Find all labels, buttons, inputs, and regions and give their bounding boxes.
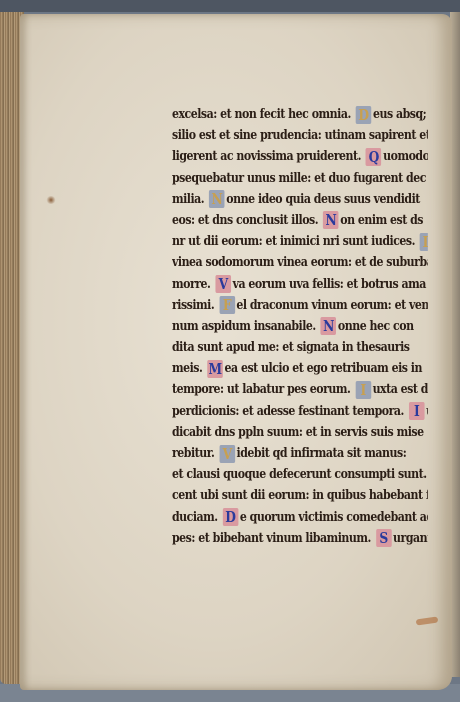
line-text: meis. bbox=[172, 360, 206, 376]
text-line: perdicionis: et adesse festinant tempora… bbox=[172, 401, 428, 422]
line-text: idebit qd infirmata sit manus: bbox=[237, 445, 407, 461]
text-line: et clausi quoque defecerunt consumpti su… bbox=[172, 464, 428, 485]
line-text: rebitur. bbox=[172, 445, 218, 461]
line-text: nr ut dii eorum: et inimici nri sunt iud… bbox=[172, 233, 418, 249]
text-line: cent ubi sunt dii eorum: in quibus habeb… bbox=[172, 485, 428, 506]
line-text: ligerent ac novissima pruiderent. bbox=[172, 148, 364, 164]
illuminated-initial: S bbox=[376, 529, 392, 547]
line-text: e quorum victimis comedebant adi bbox=[240, 509, 428, 525]
text-line: duciam. De quorum victimis comedebant ad… bbox=[172, 507, 428, 528]
line-text: pes: et bibebant vinum libaminum. bbox=[172, 530, 374, 546]
line-text: uxta est dies bbox=[373, 381, 428, 397]
line-text: dicabit dns ppln suum: et in servis suis… bbox=[172, 424, 424, 440]
illuminated-initial: N bbox=[321, 317, 337, 335]
illuminated-initial: M bbox=[207, 360, 223, 378]
text-line: rissimi. Fel draconum vinum eorum: et ve… bbox=[172, 295, 428, 316]
line-text: et clausi quoque defecerunt consumpti su… bbox=[172, 466, 428, 482]
text-line: num aspidum insanabile. Nonne hec con bbox=[172, 316, 428, 337]
text-line: rebitur. Videbit qd infirmata sit manus: bbox=[172, 443, 428, 464]
line-text: eus absq; con bbox=[373, 106, 428, 122]
illuminated-initial: V bbox=[215, 275, 231, 293]
illuminated-initial: N bbox=[209, 190, 225, 208]
line-text: morre. bbox=[172, 276, 214, 292]
line-text: num aspidum insanabile. bbox=[172, 318, 319, 334]
line-text: tempore: ut labatur pes eorum. bbox=[172, 381, 354, 397]
line-text: urgant bbox=[393, 530, 428, 546]
line-text: eos: et dns conclusit illos. bbox=[172, 212, 321, 228]
text-line: dita sunt apud me: et signata in thesaur… bbox=[172, 337, 428, 358]
illuminated-initial: Q bbox=[366, 148, 382, 166]
line-text: uomodo bbox=[383, 148, 428, 164]
line-text: va eorum uva fellis: et botrus ama bbox=[233, 276, 426, 292]
line-text: duciam. bbox=[172, 509, 221, 525]
text-line: silio est et sine prudencia: utinam sapi… bbox=[172, 125, 428, 146]
illuminated-initial: D bbox=[356, 106, 372, 124]
text-line: pes: et bibebant vinum libaminum. Surgan… bbox=[172, 528, 428, 549]
illuminated-initial: F bbox=[219, 296, 235, 314]
illuminated-initial: I bbox=[355, 381, 371, 399]
illuminated-initial: N bbox=[323, 211, 339, 229]
text-line: tempore: ut labatur pes eorum. Iuxta est… bbox=[172, 379, 428, 400]
manuscript-text-block: excelsa: et non fecit hec omnia. Deus ab… bbox=[172, 104, 428, 549]
illuminated-initial: I bbox=[409, 402, 425, 420]
line-text: u bbox=[426, 403, 428, 419]
line-text: psequebatur unus mille: et duo fugarent … bbox=[172, 170, 426, 186]
line-text: onne ideo quia deus suus vendidit bbox=[226, 191, 420, 207]
ink-spot bbox=[46, 196, 56, 204]
line-text: silio est et sine prudencia: utinam sapi… bbox=[172, 127, 428, 143]
line-text: perdicionis: et adesse festinant tempora… bbox=[172, 403, 407, 419]
line-text: onne hec con bbox=[338, 318, 414, 334]
line-text: cent ubi sunt dii eorum: in quibus habeb… bbox=[172, 487, 428, 503]
line-text: vinea sodomorum vinea eorum: et de subur… bbox=[172, 254, 428, 270]
text-line: nr ut dii eorum: et inimici nri sunt iud… bbox=[172, 231, 428, 252]
illuminated-initial: D bbox=[420, 233, 428, 251]
text-line: ligerent ac novissima pruiderent. Quomod… bbox=[172, 146, 428, 167]
illuminated-initial: D bbox=[223, 508, 239, 526]
text-line: morre. Vva eorum uva fellis: et botrus a… bbox=[172, 274, 428, 295]
line-text: on enim est ds bbox=[340, 212, 423, 228]
background-top bbox=[0, 0, 460, 12]
line-text: dita sunt apud me: et signata in thesaur… bbox=[172, 339, 409, 355]
line-text: ea est ulcio et ego retribuam eis in bbox=[225, 360, 422, 376]
text-line: milia. Nonne ideo quia deus suus vendidi… bbox=[172, 189, 428, 210]
text-line: eos: et dns conclusit illos. Non enim es… bbox=[172, 210, 428, 231]
line-text: excelsa: et non fecit hec omnia. bbox=[172, 106, 354, 122]
text-line: excelsa: et non fecit hec omnia. Deus ab… bbox=[172, 104, 428, 125]
text-line: psequebatur unus mille: et duo fugarent … bbox=[172, 168, 428, 189]
text-line: meis. Mea est ulcio et ego retribuam eis… bbox=[172, 358, 428, 379]
line-text: rissimi. bbox=[172, 297, 218, 313]
line-text: el draconum vinum eorum: et vene bbox=[236, 297, 427, 313]
illuminated-initial: V bbox=[219, 445, 235, 463]
line-text: milia. bbox=[172, 191, 207, 207]
text-line: vinea sodomorum vinea eorum: et de subur… bbox=[172, 252, 428, 273]
text-line: dicabit dns ppln suum: et in servis suis… bbox=[172, 422, 428, 443]
